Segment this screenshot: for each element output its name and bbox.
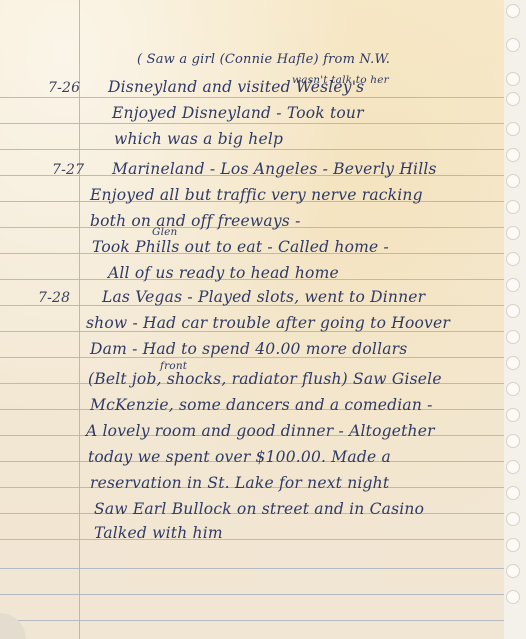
spiral-hole: [506, 512, 520, 526]
spiral-hole: [506, 226, 520, 240]
entry-line: show - Had car trouble after going to Ho…: [86, 314, 450, 332]
ruled-line: [0, 594, 506, 595]
entry-line: Enjoyed Disneyland - Took tour: [112, 104, 364, 122]
entry-line: Saw Earl Bullock on street and in Casino: [94, 500, 424, 518]
entry-line: Disneyland and visited Wesley's: [108, 78, 364, 96]
ruled-line: [0, 149, 506, 150]
spiral-hole: [506, 486, 520, 500]
spiral-hole: [506, 564, 520, 578]
entry-line: McKenzie, some dancers and a comedian -: [90, 396, 433, 414]
spiral-hole: [506, 460, 520, 474]
spiral-hole: [506, 72, 520, 86]
spiral-hole: [506, 356, 520, 370]
spiral-hole: [506, 330, 520, 344]
entry-line: Talked with him: [94, 524, 223, 542]
spiral-hole: [506, 382, 520, 396]
entry-line: A lovely room and good dinner - Altogeth…: [86, 422, 435, 440]
entry-line: (Belt job, shocks, radiator flush) Saw G…: [88, 370, 442, 388]
entry-line: both on and off freeways -: [90, 212, 301, 230]
ruled-line: [0, 539, 506, 540]
entry-line: Enjoyed all but traffic very nerve racki…: [90, 186, 423, 204]
entry-line: All of us ready to head home: [108, 264, 339, 282]
spiral-hole: [506, 252, 520, 266]
entry-line: Las Vegas - Played slots, went to Dinner: [102, 288, 425, 306]
spiral-hole: [506, 92, 520, 106]
entry-line: Took Phills out to eat - Called home -: [92, 238, 389, 256]
spiral-hole: [506, 590, 520, 604]
entry-line: which was a big help: [114, 130, 283, 148]
ruled-line: [0, 123, 506, 124]
entry-date: 7-27: [52, 162, 84, 178]
spiral-hole: [506, 408, 520, 422]
journal-page: ( Saw a girl (Connie Hafle) from N.W. wa…: [0, 0, 526, 639]
spiral-hole: [506, 434, 520, 448]
spiral-hole: [506, 174, 520, 188]
spiral-hole: [506, 538, 520, 552]
paper-corner: [0, 609, 30, 639]
ruled-line: [0, 568, 506, 569]
spiral-hole: [506, 200, 520, 214]
ruled-line: [0, 97, 506, 98]
spiral-hole: [506, 304, 520, 318]
header-note: ( Saw a girl (Connie Hafle) from N.W.: [137, 52, 390, 67]
spiral-hole: [506, 38, 520, 52]
line-insertion: Glen: [152, 226, 178, 238]
entry-line: reservation in St. Lake for next night: [90, 474, 389, 492]
spiral-hole: [506, 148, 520, 162]
entry-date: 7-28: [38, 290, 70, 306]
entry-line: Marineland - Los Angeles - Beverly Hills: [112, 160, 437, 178]
spiral-hole: [506, 4, 520, 18]
entry-line: Dam - Had to spend 40.00 more dollars: [90, 340, 407, 358]
entry-date: 7-26: [48, 80, 80, 96]
torn-spiral-edge: [504, 0, 526, 639]
ruled-line: [0, 620, 506, 621]
entry-line: today we spent over $100.00. Made a: [88, 448, 391, 466]
spiral-hole: [506, 122, 520, 136]
spiral-hole: [506, 278, 520, 292]
